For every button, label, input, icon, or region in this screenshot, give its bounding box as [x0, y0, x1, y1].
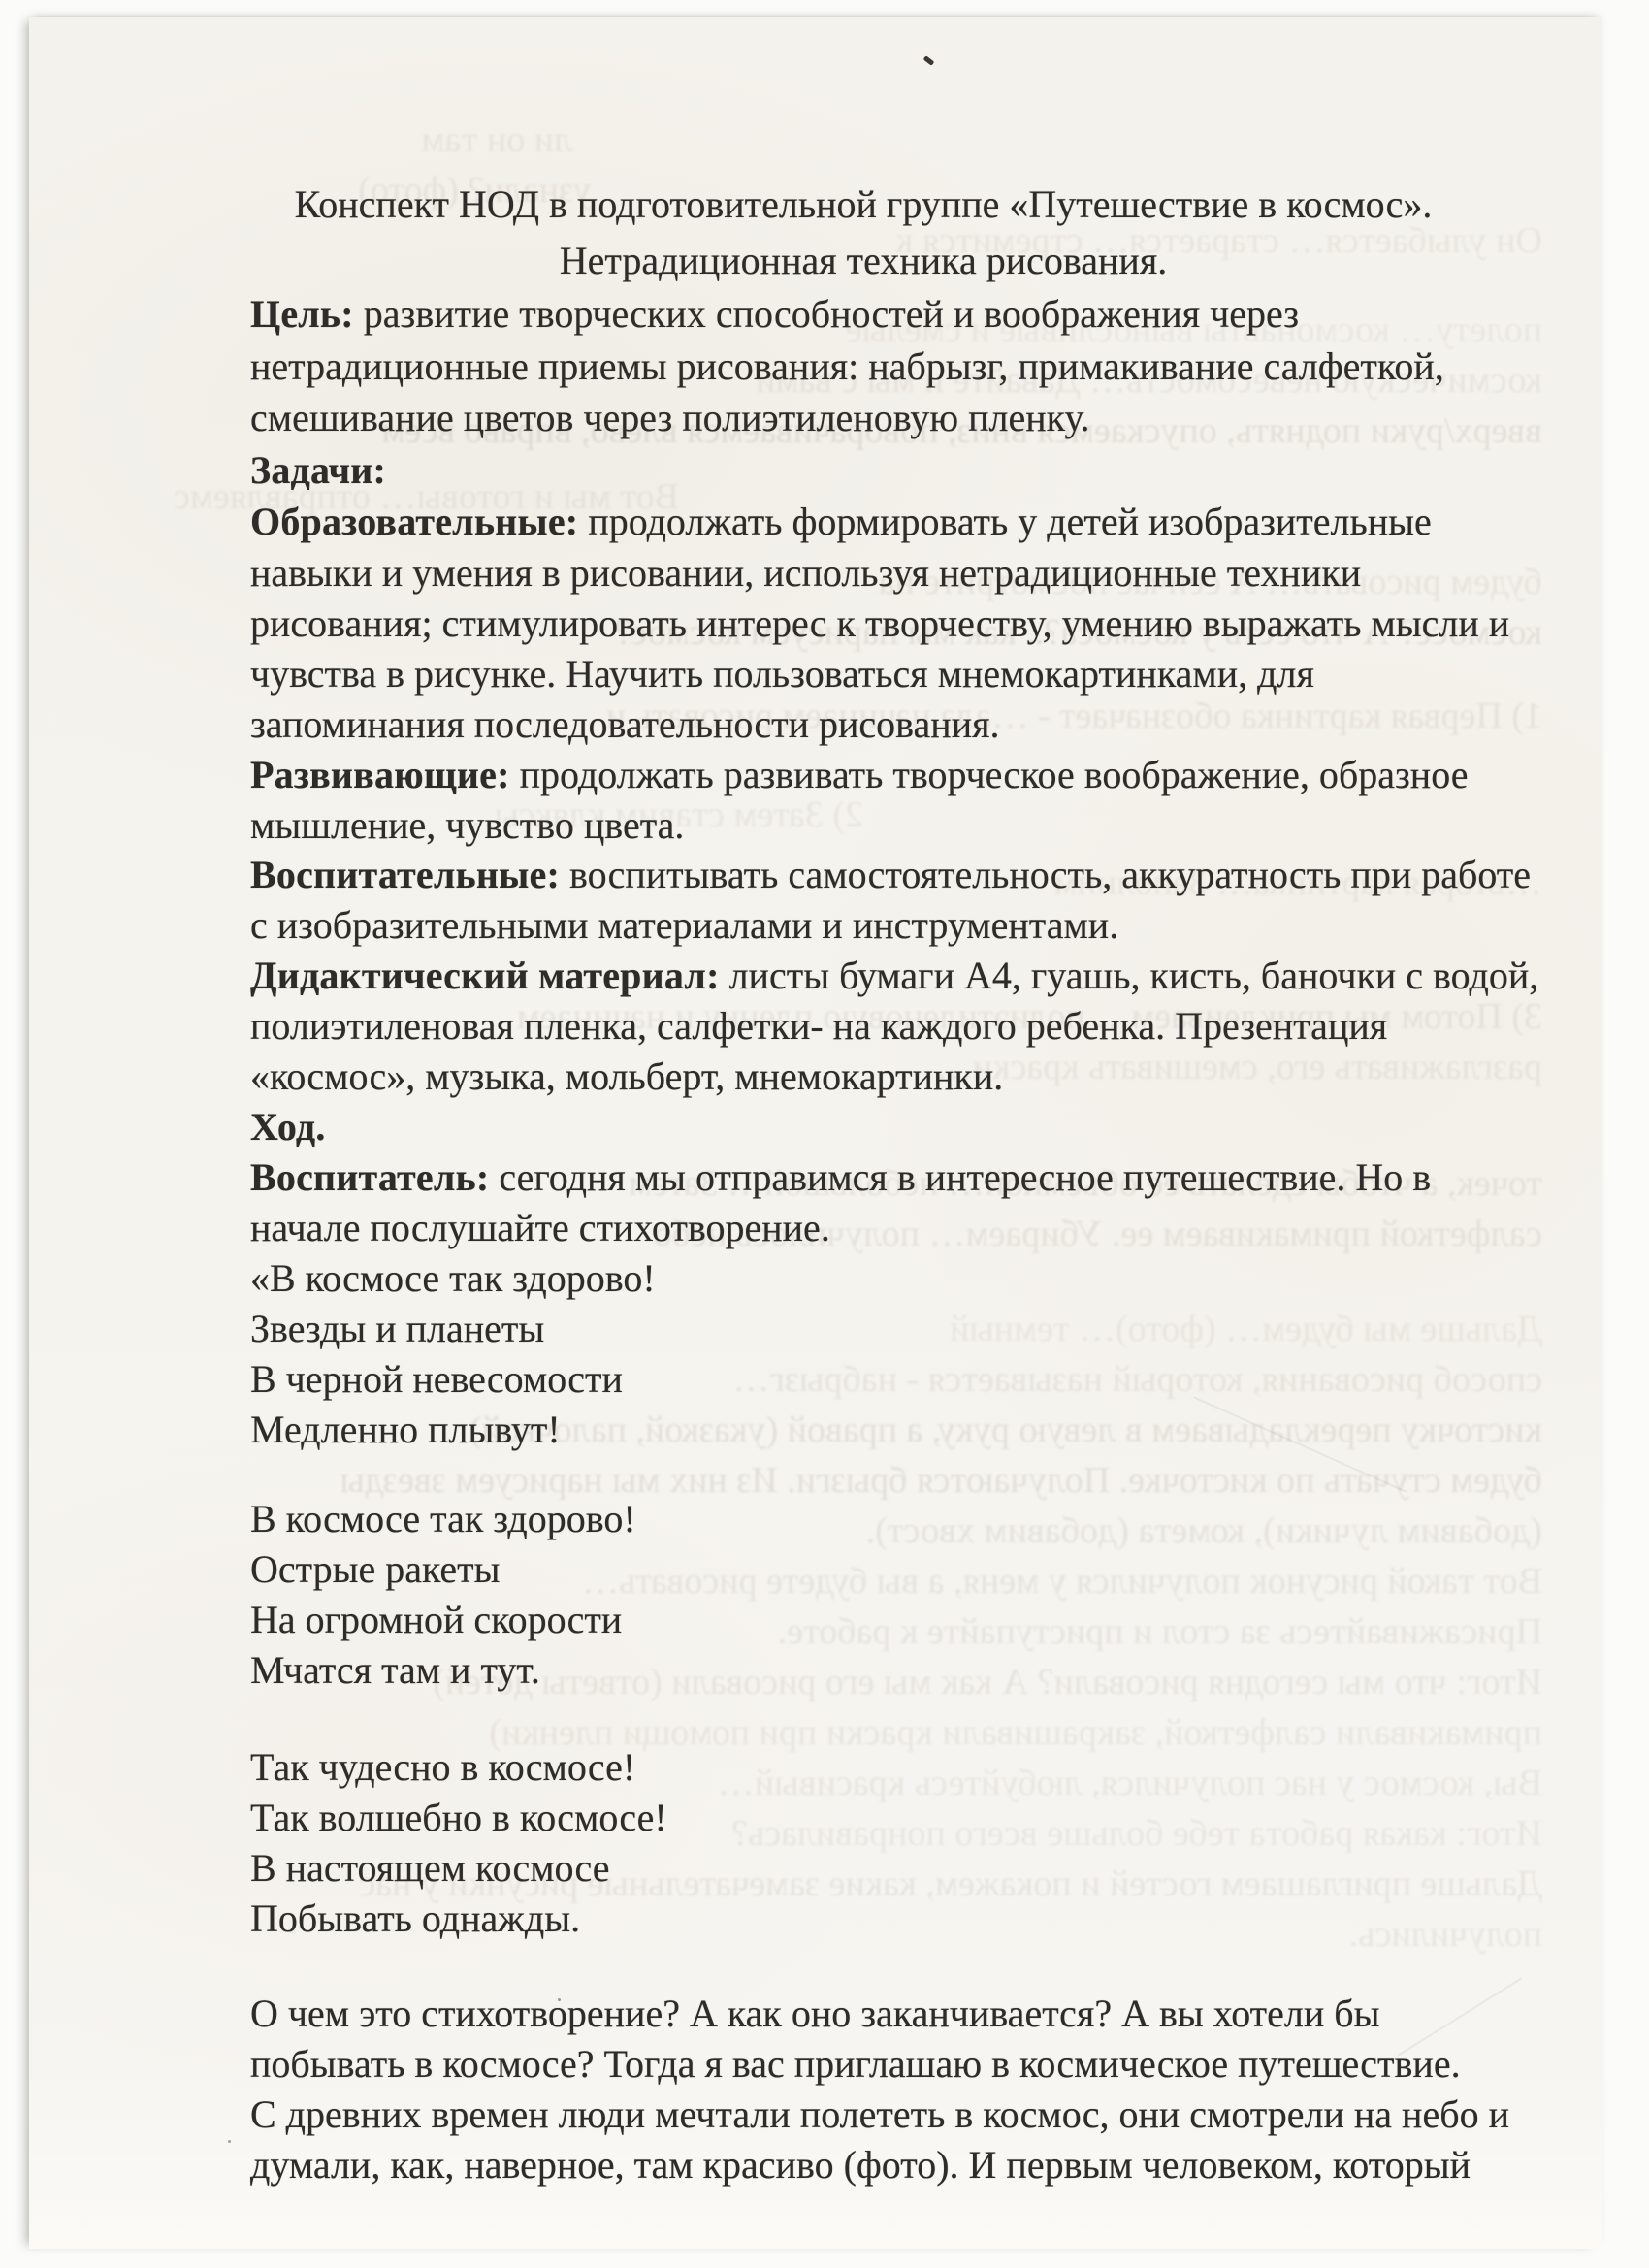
text-line: Цель: развитие творческих способностей и… — [250, 292, 1542, 337]
text-line: Побывать однажды. — [250, 1896, 1542, 1941]
text-line: Задачи: — [250, 448, 1542, 493]
text-line: запоминания последовательности рисования… — [250, 702, 1542, 747]
text-line: Так волшебно в космосе! — [250, 1796, 1542, 1840]
text-line: Звезды и планеты — [250, 1307, 1542, 1351]
text-line: рисования; стимулировать интерес к творч… — [250, 601, 1542, 646]
text-line: Нетрадиционная техника рисования. — [217, 239, 1509, 283]
text-line: В космосе так здорово! — [250, 1497, 1542, 1541]
text-line: Ход. — [250, 1105, 1542, 1150]
text-line: с изобразительными материалами и инструм… — [250, 903, 1542, 948]
scan-speck — [228, 2140, 231, 2143]
text-line: С древних времен люди мечтали полететь в… — [250, 2092, 1542, 2137]
text-line: начале послушайте стихотворение. — [250, 1206, 1542, 1250]
text-line: чувства в рисунке. Научить пользоваться … — [250, 652, 1542, 697]
text-line: думали, как, наверное, там красиво (фото… — [250, 2143, 1542, 2187]
ink-speck — [923, 55, 935, 66]
text-line: нетрадиционные приемы рисования: набрызг… — [250, 344, 1542, 389]
text-line: полиэтиленовая пленка, салфетки- на кажд… — [250, 1004, 1542, 1049]
text-line: мышление, чувство цвета. — [250, 803, 1542, 848]
text-line: Образовательные: продолжать формировать … — [250, 500, 1542, 544]
text-line: Острые ракеты — [250, 1547, 1542, 1592]
text-line: На огромной скорости — [250, 1598, 1542, 1642]
text-line: В настоящем космосе — [250, 1846, 1542, 1891]
text-line: навыки и умения в рисовании, используя н… — [250, 551, 1542, 596]
text-line: «В космосе так здорово! — [250, 1256, 1542, 1301]
text-line: Медленно плывут! — [250, 1408, 1542, 1452]
text-line: Развивающие: продолжать развивать творче… — [250, 753, 1542, 797]
text-line: Так чудесно в космосе! — [250, 1745, 1542, 1790]
scan-speck — [558, 1998, 561, 2001]
text-line: Конспект НОД в подготовительной группе «… — [217, 182, 1509, 227]
text-line: В черной невесомости — [250, 1357, 1542, 1402]
scanned-page: ли он тамузнали? (фото)Он улыбается… ста… — [29, 17, 1602, 2249]
text-line: Мчатся там и тут. — [250, 1648, 1542, 1693]
text-line: Дидактический материал: листы бумаги А4,… — [250, 954, 1542, 998]
bleedthrough-line: ли он там — [165, 118, 572, 161]
text-line: Воспитательные: воспитывать самостоятель… — [250, 853, 1542, 897]
text-line: побывать в космосе? Тогда я вас приглаша… — [250, 2042, 1542, 2087]
text-line: О чем это стихотворение? А как оно закан… — [250, 1992, 1542, 2036]
text-line: смешивание цветов через полиэтиленовую п… — [250, 396, 1542, 440]
text-line: Воспитатель: сегодня мы отправимся в инт… — [250, 1155, 1542, 1200]
text-line: «космос», музыка, мольберт, мнемокартинк… — [250, 1054, 1542, 1099]
